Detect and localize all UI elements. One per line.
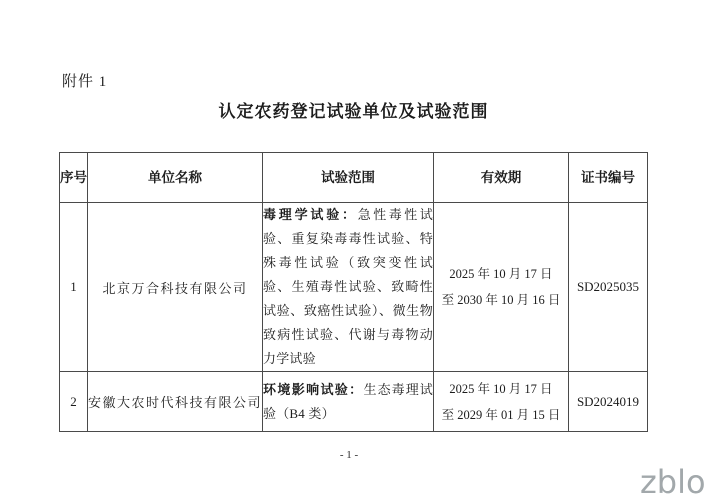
column-header-index: 序号 [60, 153, 88, 203]
column-header-validity: 有效期 [434, 153, 569, 203]
scope-detail-text: 急性毒性试验、重复染毒毒性试验、特殊毒性试验（致突变性试验、生殖毒性试验、致畸性… [263, 207, 433, 366]
validity-end-date: 至 2030 年 10 月 16 日 [434, 287, 568, 313]
validity-start-date: 2025 年 10 月 17 日 [434, 261, 568, 287]
cell-certificate-no: SD2025035 [569, 203, 648, 372]
page-number: - 1 - [59, 449, 639, 461]
validity-end-date: 至 2029 年 01 月 15 日 [434, 402, 568, 428]
column-header-unit-name: 单位名称 [88, 153, 263, 203]
cell-certificate-no: SD2024019 [569, 372, 648, 432]
column-header-test-scope: 试验范围 [263, 153, 434, 203]
watermark-logo: zblog [640, 463, 707, 500]
cell-test-scope: 毒理学试验：急性毒性试验、重复染毒毒性试验、特殊毒性试验（致突变性试验、生殖毒性… [263, 203, 434, 372]
table-row: 2 安徽大农时代科技有限公司 环境影响试验：生态毒理试验（B4 类） 2025 … [60, 372, 648, 432]
attachment-label: 附件 1 [62, 70, 107, 91]
cell-validity: 2025 年 10 月 17 日 至 2030 年 10 月 16 日 [434, 203, 569, 372]
table-header-row: 序号 单位名称 试验范围 有效期 证书编号 [60, 153, 648, 203]
scope-category-label: 毒理学试验： [263, 207, 358, 222]
table-row: 1 北京万合科技有限公司 毒理学试验：急性毒性试验、重复染毒毒性试验、特殊毒性试… [60, 203, 648, 372]
scope-category-label: 环境影响试验： [263, 382, 364, 397]
cell-unit-name: 安徽大农时代科技有限公司 [88, 372, 263, 432]
cell-unit-name: 北京万合科技有限公司 [88, 203, 263, 372]
validity-start-date: 2025 年 10 月 17 日 [434, 376, 568, 402]
cell-validity: 2025 年 10 月 17 日 至 2029 年 01 月 15 日 [434, 372, 569, 432]
page-title: 认定农药登记试验单位及试验范围 [0, 97, 707, 122]
cell-test-scope: 环境影响试验：生态毒理试验（B4 类） [263, 372, 434, 432]
certification-table: 序号 单位名称 试验范围 有效期 证书编号 1 北京万合科技有限公司 毒理学试验… [59, 152, 648, 432]
cell-row-index: 2 [60, 372, 88, 432]
column-header-certificate-no: 证书编号 [569, 153, 648, 203]
document-page: 附件 1 认定农药登记试验单位及试验范围 序号 单位名称 试验范围 有效期 证书… [0, 0, 707, 500]
cell-row-index: 1 [60, 203, 88, 372]
